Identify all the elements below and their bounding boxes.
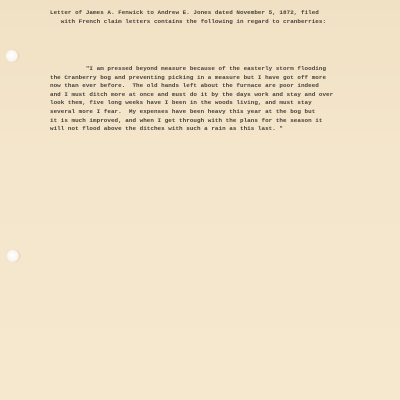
quote-line: will not flood above the ditches with su…: [50, 125, 333, 134]
letter-quote: "I am pressed beyond measure because of …: [50, 65, 333, 134]
quote-line: it is much improved, and when I get thro…: [50, 117, 333, 126]
document-header: Letter of James A. Fenwick to Andrew E. …: [50, 9, 326, 26]
document-page: Letter of James A. Fenwick to Andrew E. …: [0, 0, 400, 400]
binder-hole-bottom: [7, 250, 19, 262]
quote-line: look them, five long weeks have I been i…: [50, 99, 333, 108]
quote-line: the Cranberry bog and preventing picking…: [50, 74, 333, 83]
binder-hole-top: [6, 50, 18, 62]
quote-line: several more I fear. My expenses have be…: [50, 108, 333, 117]
header-line: Letter of James A. Fenwick to Andrew E. …: [50, 9, 326, 18]
header-line: with French claim letters contains the f…: [50, 18, 326, 27]
quote-line: now than ever before. The old hands left…: [50, 82, 333, 91]
quote-line: and I must ditch more at once and must d…: [50, 91, 333, 100]
quote-line: "I am pressed beyond measure because of …: [50, 65, 333, 74]
